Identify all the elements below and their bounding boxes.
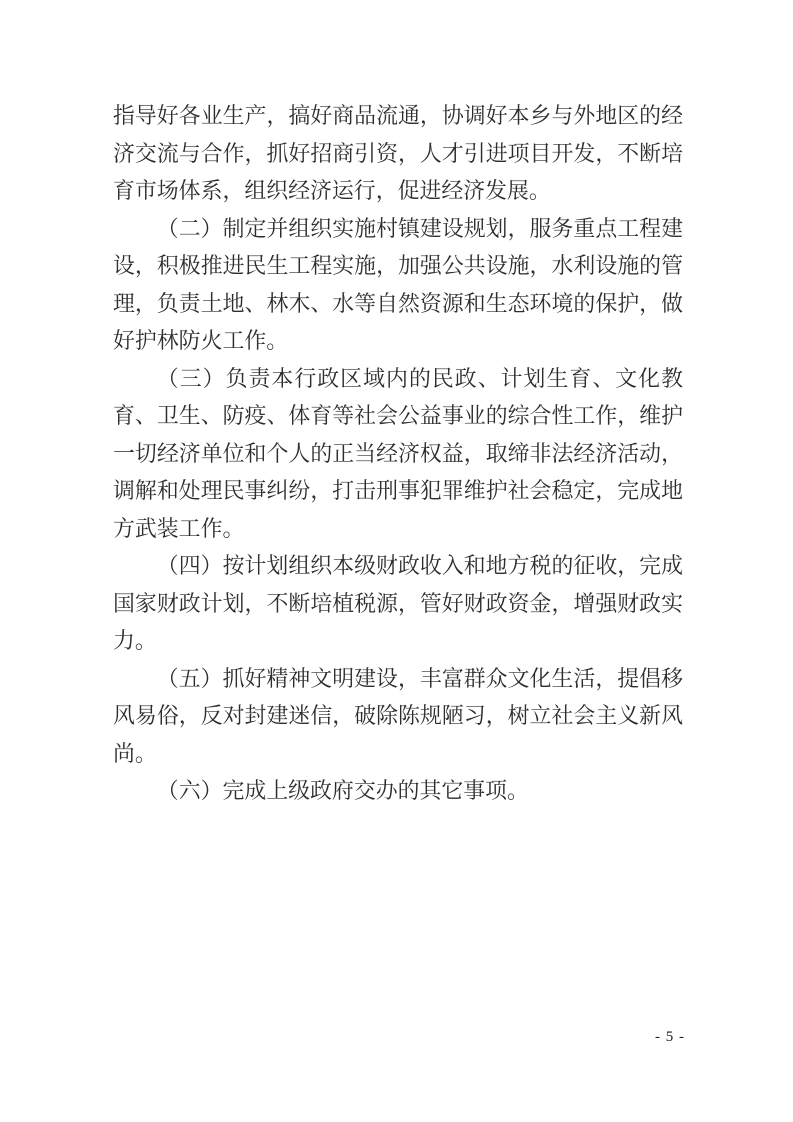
paragraph-item-6: （六）完成上级政府交办的其它事项。 bbox=[113, 772, 683, 810]
document-body: 指导好各业生产，搞好商品流通，协调好本乡与外地区的经济交流与合作，抓好招商引资，… bbox=[113, 97, 683, 810]
paragraph-continuation: 指导好各业生产，搞好商品流通，协调好本乡与外地区的经济交流与合作，抓好招商引资，… bbox=[113, 97, 683, 210]
document-page: 指导好各业生产，搞好商品流通，协调好本乡与外地区的经济交流与合作，抓好招商引资，… bbox=[0, 0, 793, 1122]
paragraph-item-4: （四）按计划组织本级财政收入和地方税的征收，完成国家财政计划，不断培植税源，管好… bbox=[113, 547, 683, 660]
page-number: - 5 - bbox=[630, 1027, 710, 1047]
paragraph-item-2: （二）制定并组织实施村镇建设规划，服务重点工程建设，积极推进民生工程实施，加强公… bbox=[113, 210, 683, 360]
paragraph-item-3: （三）负责本行政区域内的民政、计划生育、文化教育、卫生、防疫、体育等社会公益事业… bbox=[113, 360, 683, 548]
paragraph-item-5: （五）抓好精神文明建设，丰富群众文化生活，提倡移风易俗，反对封建迷信，破除陈规陋… bbox=[113, 660, 683, 773]
